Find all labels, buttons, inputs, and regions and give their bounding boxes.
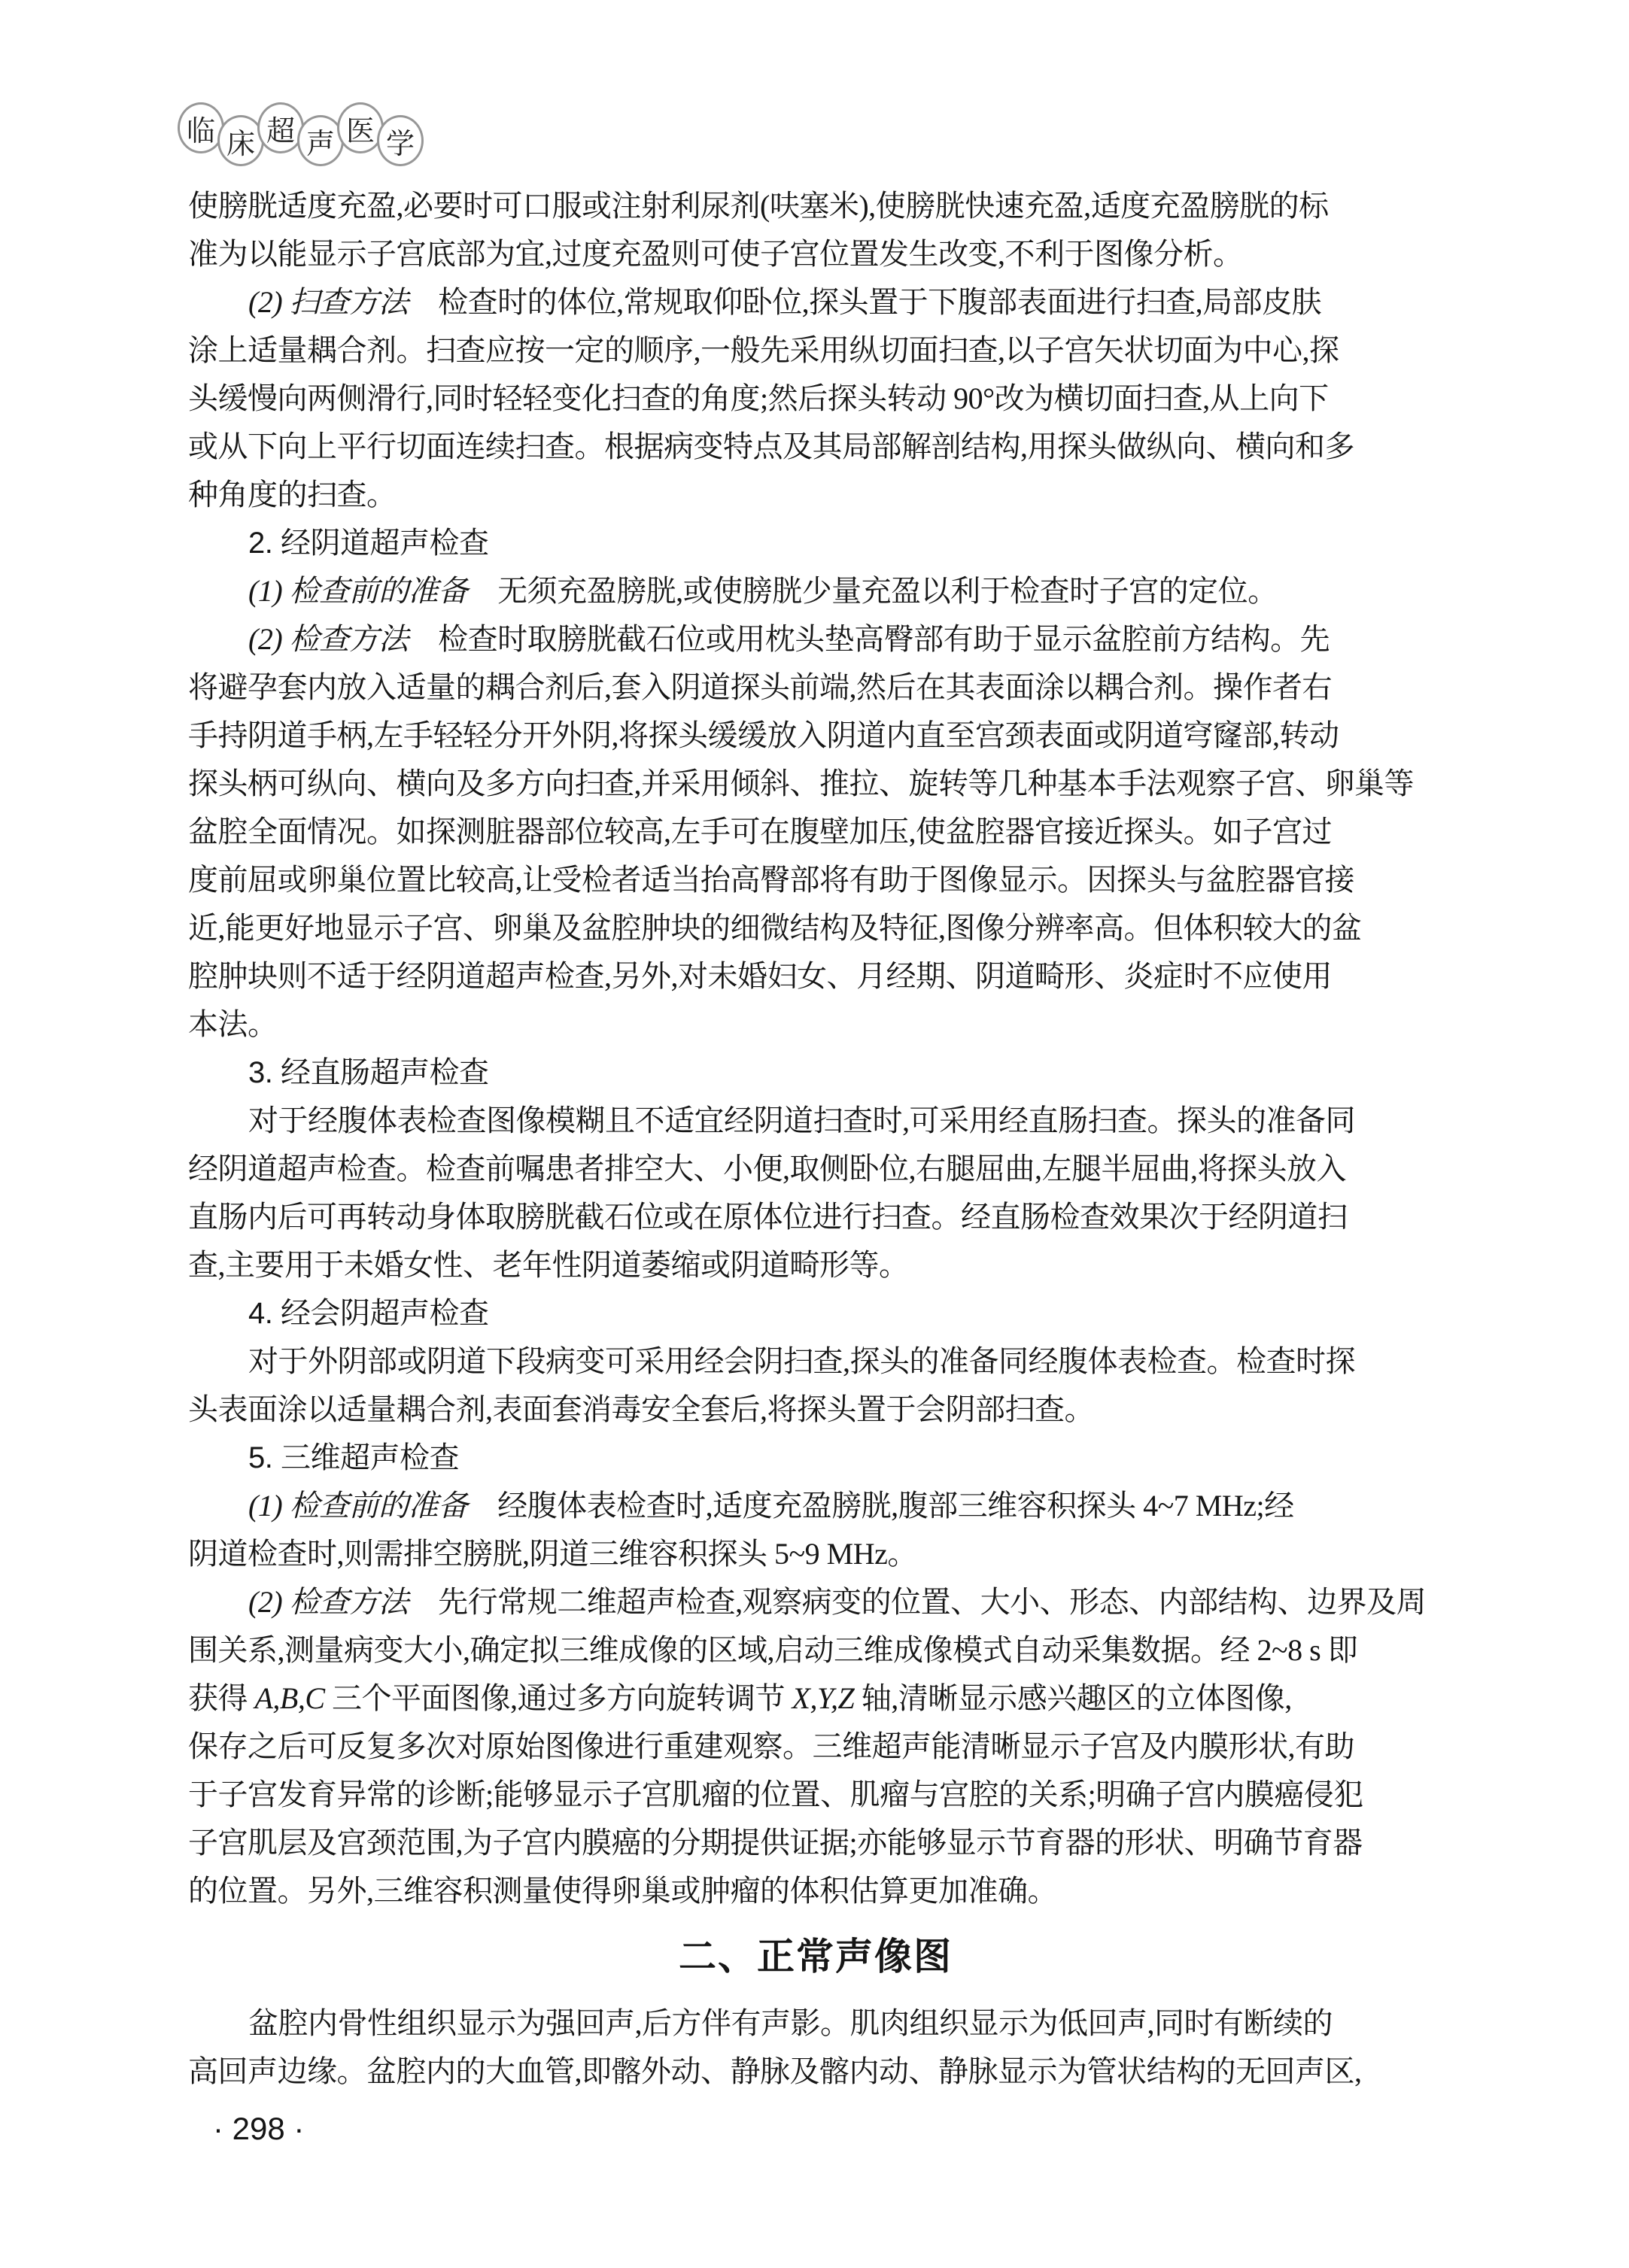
text-segment: 无须充盈膀胱,或使膀胱少量充盈以利于检查时子宫的定位。 xyxy=(468,574,1278,608)
latin-variable: X,Y,Z xyxy=(792,1681,855,1715)
text-line: 查,主要用于未婚女性、老年性阴道萎缩或阴道畸形等。 xyxy=(188,1241,1443,1289)
page-body-text: 使膀胱适度充盈,必要时可口服或注射利尿剂(呋塞米),使膀胱快速充盈,适度充盈膀胱… xyxy=(188,182,1443,2096)
text-segment: 获得 xyxy=(188,1681,255,1715)
text-line: 保存之后可反复多次对原始图像进行重建观察。三维超声能清晰显示子宫及内膜形状,有助 xyxy=(188,1723,1443,1771)
subsection-heading: 3. 经直肠超声检查 xyxy=(188,1049,1443,1097)
text-line: 阴道检查时,则需排空膀胱,阴道三维容积探头 5~9 MHz。 xyxy=(188,1530,1443,1578)
section-title: 二、正常声像图 xyxy=(188,1932,1443,1981)
text-segment: 检查时的体位,常规取仰卧位,探头置于下腹部表面进行扫查,局部皮肤 xyxy=(409,285,1322,319)
text-line: 子宫肌层及宫颈范围,为子宫内膜癌的分期提供证据;亦能够显示节育器的形状、明确节育… xyxy=(188,1819,1443,1867)
text-line: 腔肿块则不适于经阴道超声检查,另外,对未婚妇女、月经期、阴道畸形、炎症时不应使用 xyxy=(188,952,1443,1000)
text-line: 涂上适量耦合剂。扫查应按一定的顺序,一般先采用纵切面扫查,以子宫矢状切面为中心,… xyxy=(188,326,1443,375)
text-line: 对于经腹体表检查图像模糊且不适宜经阴道扫查时,可采用经直肠扫查。探头的准备同 xyxy=(188,1097,1443,1145)
text-line: 度前屈或卵巢位置比较高,让受检者适当抬高臀部将有助于图像显示。因探头与盆腔器官接 xyxy=(188,856,1443,904)
text-line: 围关系,测量病变大小,确定拟三维成像的区域,启动三维成像模式自动采集数据。经 2… xyxy=(188,1626,1443,1674)
text-line: 手持阴道手柄,左手轻轻分开外阴,将探头缓缓放入阴道内直至宫颈表面或阴道穹窿部,转… xyxy=(188,712,1443,760)
latin-variable: A,B,C xyxy=(255,1681,325,1715)
text-line: 高回声边缘。盆腔内的大血管,即髂外动、静脉及髂内动、静脉显示为管状结构的无回声区… xyxy=(188,2048,1443,2096)
text-line: 种角度的扫查。 xyxy=(188,471,1443,519)
text-line: 的位置。另外,三维容积测量使得卵巢或肿瘤的体积估算更加准确。 xyxy=(188,1867,1443,1915)
book-page: 临 床 超 声 医 学 使膀胱适度充盈,必要时可口服或注射利尿剂(呋塞米),使膀… xyxy=(0,0,1629,2268)
kaiti-label: (2) 检查方法 xyxy=(248,1585,409,1619)
kaiti-label: (2) 检查方法 xyxy=(248,622,409,656)
page-number: · 298 · xyxy=(213,2111,304,2147)
logo-char-circle: 学 xyxy=(377,115,424,166)
text-line: 经阴道超声检查。检查前嘱患者排空大、小便,取侧卧位,右腿屈曲,左腿半屈曲,将探头… xyxy=(188,1145,1443,1193)
text-line: 使膀胱适度充盈,必要时可口服或注射利尿剂(呋塞米),使膀胱快速充盈,适度充盈膀胱… xyxy=(188,182,1443,230)
text-segment: 经腹体表检查时,适度充盈膀胱,腹部三维容积探头 4~7 MHz;经 xyxy=(468,1489,1294,1523)
kaiti-label: (2) 扫查方法 xyxy=(248,285,409,319)
subsection-heading: 4. 经会阴超声检查 xyxy=(188,1289,1443,1337)
kaiti-label: (1) 检查前的准备 xyxy=(248,574,468,608)
kaiti-label: (1) 检查前的准备 xyxy=(248,1489,468,1523)
text-line: 对于外阴部或阴道下段病变可采用经会阴扫查,探头的准备同经腹体表检查。检查时探 xyxy=(188,1337,1443,1386)
text-line: 头缓慢向两侧滑行,同时轻轻变化扫查的角度;然后探头转动 90°改为横切面扫查,从… xyxy=(188,375,1443,423)
text-line: 探头柄可纵向、横向及多方向扫查,并采用倾斜、推拉、旋转等几种基本手法观察子宫、卵… xyxy=(188,760,1443,808)
subsection-heading: 2. 经阴道超声检查 xyxy=(188,519,1443,567)
text-segment: 三个平面图像,通过多方向旋转调节 xyxy=(325,1681,792,1715)
text-line: 直肠内后可再转动身体取膀胱截石位或在原体位进行扫查。经直肠检查效果次于经阴道扫 xyxy=(188,1193,1443,1241)
text-line: 头表面涂以适量耦合剂,表面套消毒安全套后,将探头置于会阴部扫查。 xyxy=(188,1386,1443,1434)
text-line: (2) 检查方法 先行常规二维超声检查,观察病变的位置、大小、形态、内部结构、边… xyxy=(188,1578,1443,1626)
text-segment: 轴,清晰显示感兴趣区的立体图像, xyxy=(854,1681,1292,1715)
text-line: (2) 检查方法 检查时取膀胱截石位或用枕头垫高臀部有助于显示盆腔前方结构。先 xyxy=(188,615,1443,663)
text-line: (2) 扫查方法 检查时的体位,常规取仰卧位,探头置于下腹部表面进行扫查,局部皮… xyxy=(188,278,1443,326)
text-line: (1) 检查前的准备 经腹体表检查时,适度充盈膀胱,腹部三维容积探头 4~7 M… xyxy=(188,1482,1443,1530)
subsection-heading: 5. 三维超声检查 xyxy=(188,1434,1443,1482)
text-line: 近,能更好地显示子宫、卵巢及盆腔肿块的细微结构及特征,图像分辨率高。但体积较大的… xyxy=(188,904,1443,952)
text-line: 将避孕套内放入适量的耦合剂后,套入阴道探头前端,然后在其表面涂以耦合剂。操作者右 xyxy=(188,663,1443,712)
text-line: 本法。 xyxy=(188,1000,1443,1049)
text-line: 盆腔内骨性组织显示为强回声,后方伴有声影。肌肉组织显示为低回声,同时有断续的 xyxy=(188,1999,1443,2048)
text-segment: 检查时取膀胱截石位或用枕头垫高臀部有助于显示盆腔前方结构。先 xyxy=(409,622,1330,656)
text-segment: 先行常规二维超声检查,观察病变的位置、大小、形态、内部结构、边界及周 xyxy=(409,1585,1427,1619)
text-line: 于子宫发育异常的诊断;能够显示子宫肌瘤的位置、肌瘤与宫腔的关系;明确子宫内膜癌侵… xyxy=(188,1771,1443,1819)
text-line: 获得 A,B,C 三个平面图像,通过多方向旋转调节 X,Y,Z 轴,清晰显示感兴… xyxy=(188,1674,1443,1723)
text-line: (1) 检查前的准备 无须充盈膀胱,或使膀胱少量充盈以利于检查时子宫的定位。 xyxy=(188,567,1443,615)
text-line: 盆腔全面情况。如探测脏器部位较高,左手可在腹壁加压,使盆腔器官接近探头。如子宫过 xyxy=(188,808,1443,856)
book-logo: 临 床 超 声 医 学 xyxy=(178,102,424,166)
text-line: 准为以能显示子宫底部为宜,过度充盈则可使子宫位置发生改变,不利于图像分析。 xyxy=(188,230,1443,278)
text-line: 或从下向上平行切面连续扫查。根据病变特点及其局部解剖结构,用探头做纵向、横向和多 xyxy=(188,423,1443,471)
